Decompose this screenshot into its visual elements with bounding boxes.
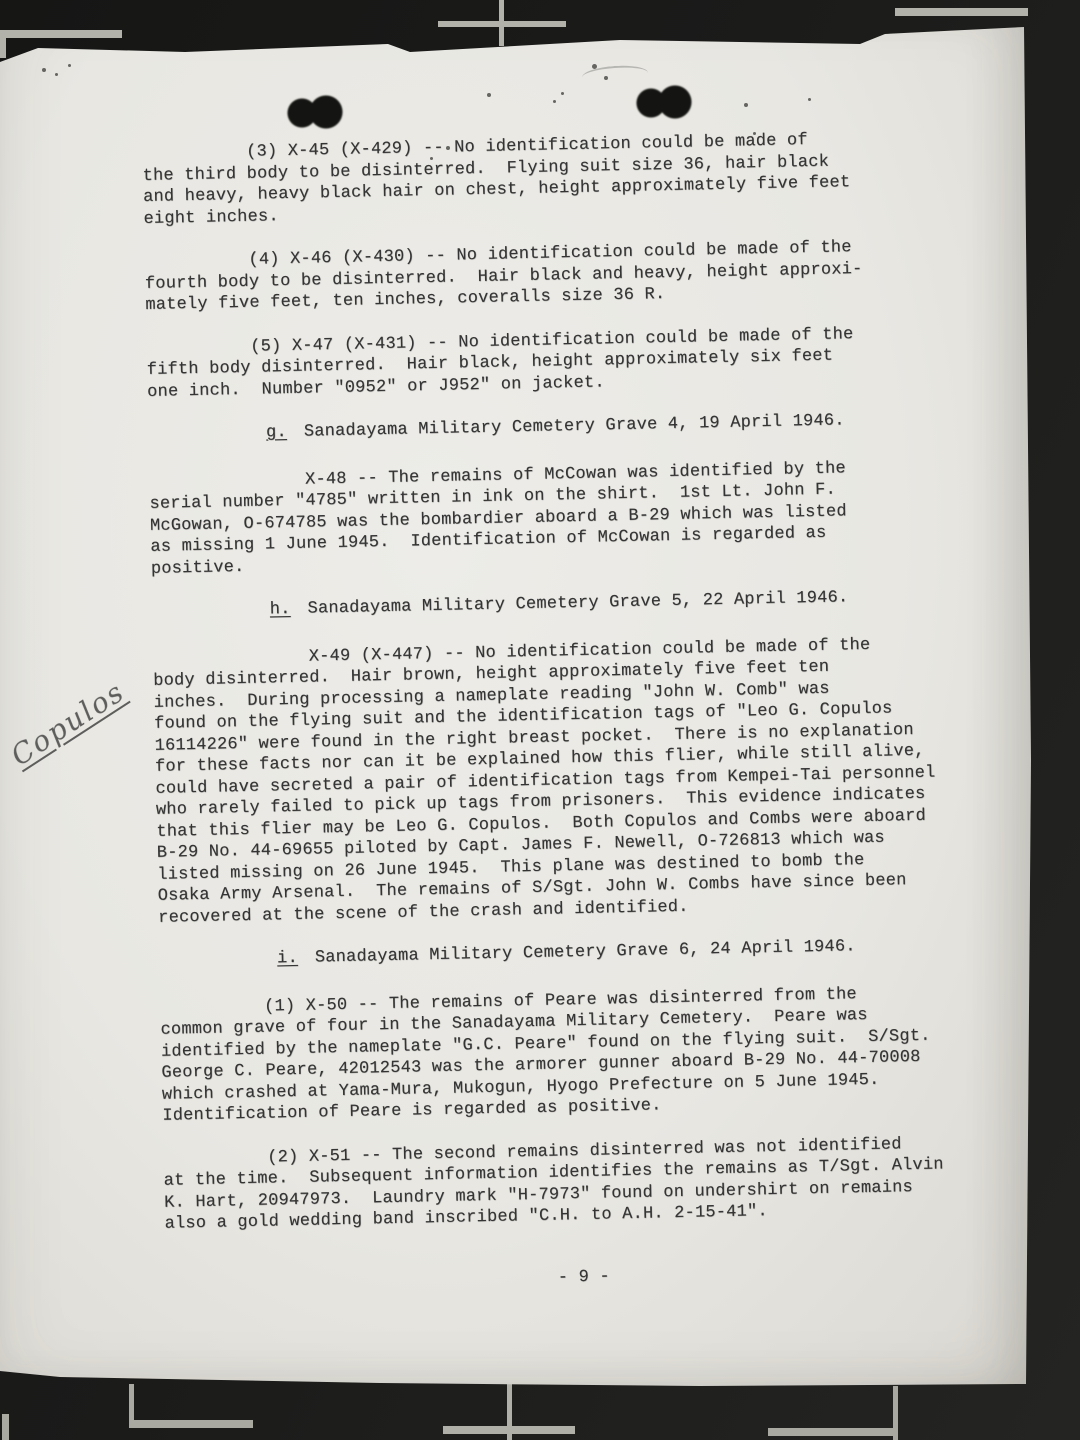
heading-text: Sanadayama Military Cemetery Grave 5, 22… — [307, 588, 848, 618]
ink-speck — [68, 64, 71, 67]
hole-punch-right — [634, 80, 694, 126]
heading-text: Sanadayama Military Cemetery Grave 6, 24… — [315, 937, 856, 967]
ink-speck — [55, 73, 58, 76]
heading-letter: g. — [266, 423, 287, 442]
ink-speck — [553, 100, 556, 103]
paragraph: X-48 -- The remains of McCowan was ident… — [149, 455, 971, 580]
ink-speck — [808, 98, 811, 101]
ink-speck — [561, 92, 564, 95]
section-heading: i.Sanadayama Military Cemetery Grave 6, … — [277, 934, 979, 970]
paragraph: (2) X-51 -- The second remains disinterr… — [163, 1132, 985, 1235]
document-text-block: (3) X-45 (X-429) -- No identification co… — [142, 127, 986, 1297]
ink-speck — [487, 93, 491, 97]
registration-mark-top-left-vertical — [0, 36, 6, 58]
registration-mark-bottom-center-horizontal — [443, 1426, 575, 1434]
paragraph: (1) X-50 -- The remains of Peare was dis… — [160, 981, 983, 1127]
registration-mark-top-right-horizontal — [895, 8, 1028, 16]
heading-letter: i. — [277, 949, 298, 968]
registration-mark-bottom-right-horizontal — [768, 1428, 894, 1436]
heading-text: Sanadayama Military Cemetery Grave 4, 19… — [304, 411, 845, 441]
registration-mark-top-left-horizontal — [0, 30, 122, 38]
paragraph: (5) X-47 (X-431) -- No identification co… — [146, 321, 967, 403]
ink-speck — [744, 103, 748, 107]
paragraph: X-49 (X-447) -- No identification could … — [153, 632, 979, 929]
scanned-document-photostat: { "scan": { "background_color": "#1b1b1a… — [0, 0, 1080, 1440]
paragraph: (4) X-46 (X-430) -- No identification co… — [144, 235, 965, 317]
paragraph: (3) X-45 (X-429) -- No identification co… — [142, 127, 964, 230]
document-paragraphs: (3) X-45 (X-429) -- No identification co… — [142, 127, 985, 1235]
heading-letter: h. — [270, 600, 291, 619]
registration-mark-top-center-horizontal — [438, 21, 566, 27]
ink-speck — [42, 68, 46, 72]
registration-mark-bottom-left-horizontal — [129, 1420, 253, 1428]
section-heading: h.Sanadayama Military Cemetery Grave 5, … — [270, 585, 972, 621]
section-heading: g.Sanadayama Military Cemetery Grave 4, … — [266, 408, 968, 444]
registration-mark-bottom-right-vertical — [893, 1386, 898, 1440]
hole-punch-left — [285, 90, 345, 136]
registration-mark-bottom-left-edge-tick — [2, 1414, 9, 1440]
